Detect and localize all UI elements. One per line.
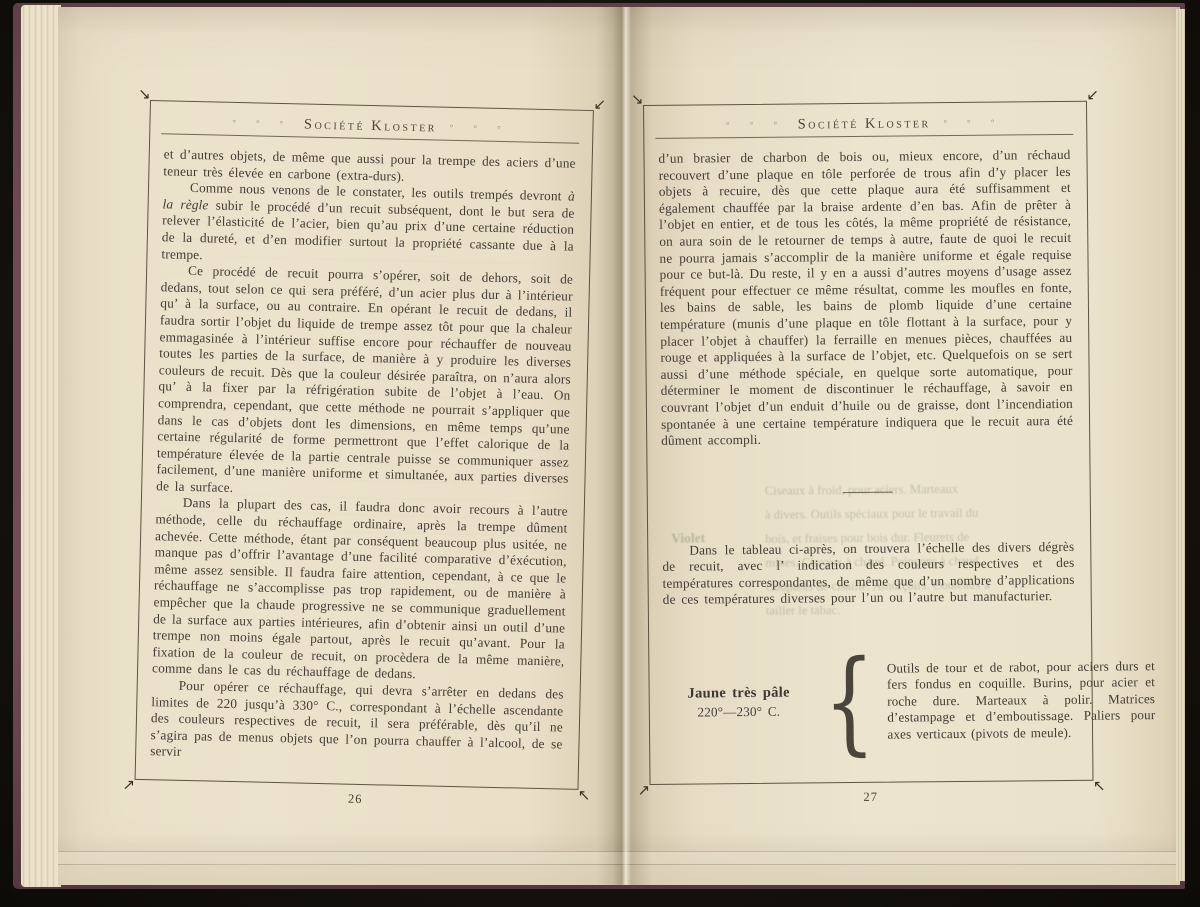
corner-arrow-icon: ↙ [1086,88,1099,103]
header-title: Société Kloster [798,115,931,132]
paragraph: Dans la plupart des cas, il faudra donc … [152,495,568,687]
paragraph: d’un brasier de charbon de bois ou, mieu… [658,147,1073,450]
paragraph: Comme nous venons de le constater, les o… [161,180,575,272]
corner-arrow-icon: ↖ [578,788,591,803]
corner-arrow-icon: ↖ [1093,779,1106,794]
header-ornament-icon: ◦ ◦ ◦ [231,117,292,128]
brace-glyph: { [823,657,875,747]
page-left: ↘ ↙ ↗ ↖ ◦ ◦ ◦ Société Kloster ◦ ◦ ◦ et d… [134,100,594,826]
header-ornament-icon: ◦ ◦ ◦ [943,117,1004,128]
table-applications-cell: Outils de tour et de rabot, pour aciers … [887,658,1156,744]
paragraph: Pour opérer ce réchauffage, qui devra s’… [150,677,564,769]
corner-arrow-icon: ↘ [631,92,644,107]
header-title: Société Kloster [304,117,437,136]
page-27-text: d’un brasier de charbon de bois ou, mieu… [658,147,1076,749]
section-divider [843,491,893,492]
color-name: Jaune très pâle [664,685,814,703]
header-ornament-icon: ◦ ◦ ◦ [449,122,510,133]
corner-arrow-icon: ↗ [122,778,135,793]
page-26-text: et d’autres objets, de même que aussi po… [150,146,576,769]
paragraph-text: subir le procédé d’un recuit subséquent,… [161,197,574,262]
page-right: ↘ ↙ ↗ ↖ Ciseaux à froid, pour aciers. Ma… [643,101,1094,821]
page-edges-right [1176,9,1185,881]
page-edges-left [21,5,61,887]
corner-arrow-icon: ↗ [638,783,651,798]
page-number: 26 [134,787,576,812]
header-ornament-icon: ◦ ◦ ◦ [725,119,786,130]
paragraph: Ce procédé de recuit pourra s’opérer, so… [156,262,573,504]
page-number: 27 [650,788,1092,807]
color-temperature: 220°—230° C. [664,703,814,721]
annealing-table-row: Jaune très pâle 220°—230° C. { Outils de… [663,655,1076,749]
corner-arrow-icon: ↙ [593,97,606,112]
corner-arrow-icon: ↘ [138,87,151,102]
paragraph: Dans le tableau ci-après, on trouvera l’… [662,539,1075,609]
table-color-cell: Jaune très pâle 220°—230° C. [664,685,814,722]
book-photo: ↘ ↙ ↗ ↖ ◦ ◦ ◦ Société Kloster ◦ ◦ ◦ et d… [0,0,1200,907]
